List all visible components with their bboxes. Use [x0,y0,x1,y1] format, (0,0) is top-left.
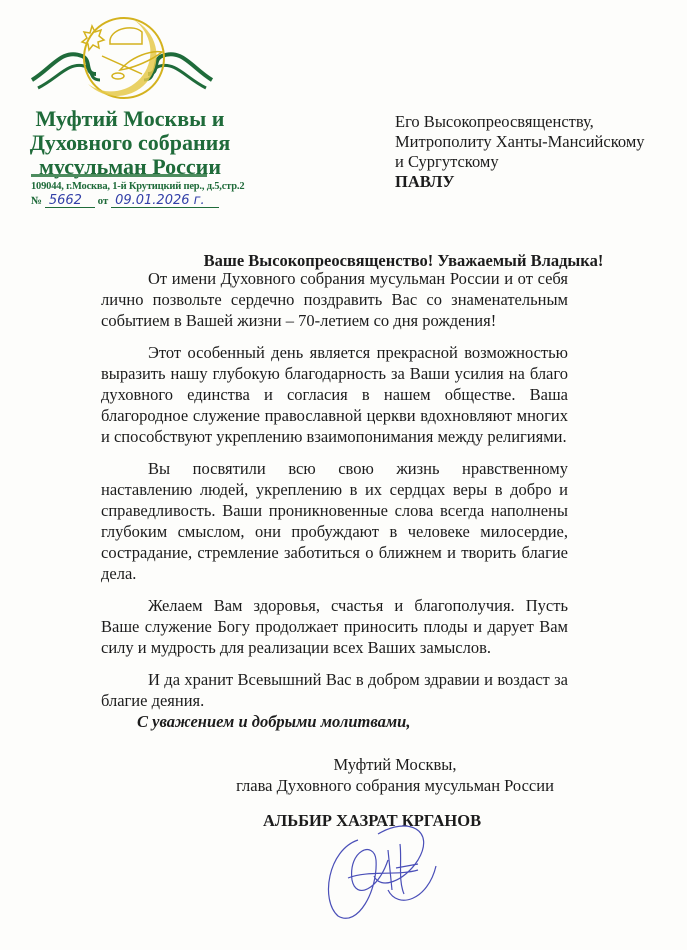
body-paragraph: Желаем Вам здоровья, счастья и благополу… [101,595,568,658]
body-paragraph: И да хранит Всевышний Вас в добром здрав… [101,669,568,711]
org-name-line: Муфтий Москвы и [20,107,240,131]
signer-title-line: глава Духовного собрания мусульман Росси… [200,775,590,796]
reg-date-label: от [98,195,109,207]
green-ribbon-left-icon [32,54,100,88]
registration-line: № 5662 от 09.01.2026 г. [31,194,219,208]
reg-date: 09.01.2026 г. [111,194,219,208]
signer-title: Муфтий Москвы, глава Духовного собрания … [200,754,590,796]
body-paragraph: Вы посвятили всю свою жизнь нравственном… [101,458,568,584]
addressee-line: и Сургутскому [395,152,645,172]
organization-name: Муфтий Москвы и Духовного собрания мусул… [20,107,240,179]
inkwell-icon [112,73,124,79]
org-name-line: Духовного собрания [20,131,240,155]
addressee-line: Митрополиту Ханты-Мансийскому [395,132,645,152]
addressee-name: ПАВЛУ [395,172,645,192]
handwritten-signature-icon [318,820,458,922]
muftiate-emblem-logo [22,8,222,100]
body-paragraph: Этот особенный день является прекрасной … [101,342,568,447]
reg-number-label: № [31,195,42,207]
book-icon [110,28,142,44]
signer-title-line: Муфтий Москвы, [200,754,590,775]
closing-phrase: С уважением и добрыми молитвами, [137,712,410,732]
letterhead-divider [31,174,207,177]
letter-body: От имени Духовного собрания мусульман Ро… [101,268,568,722]
org-address: 109044, г.Москва, 1-й Крутицкий пер., д.… [31,181,244,192]
addressee-block: Его Высокопреосвященству, Митрополиту Ха… [395,112,645,192]
reg-number: 5662 [45,194,95,208]
addressee-line: Его Высокопреосвященству, [395,112,645,132]
body-paragraph: От имени Духовного собрания мусульман Ро… [101,268,568,331]
